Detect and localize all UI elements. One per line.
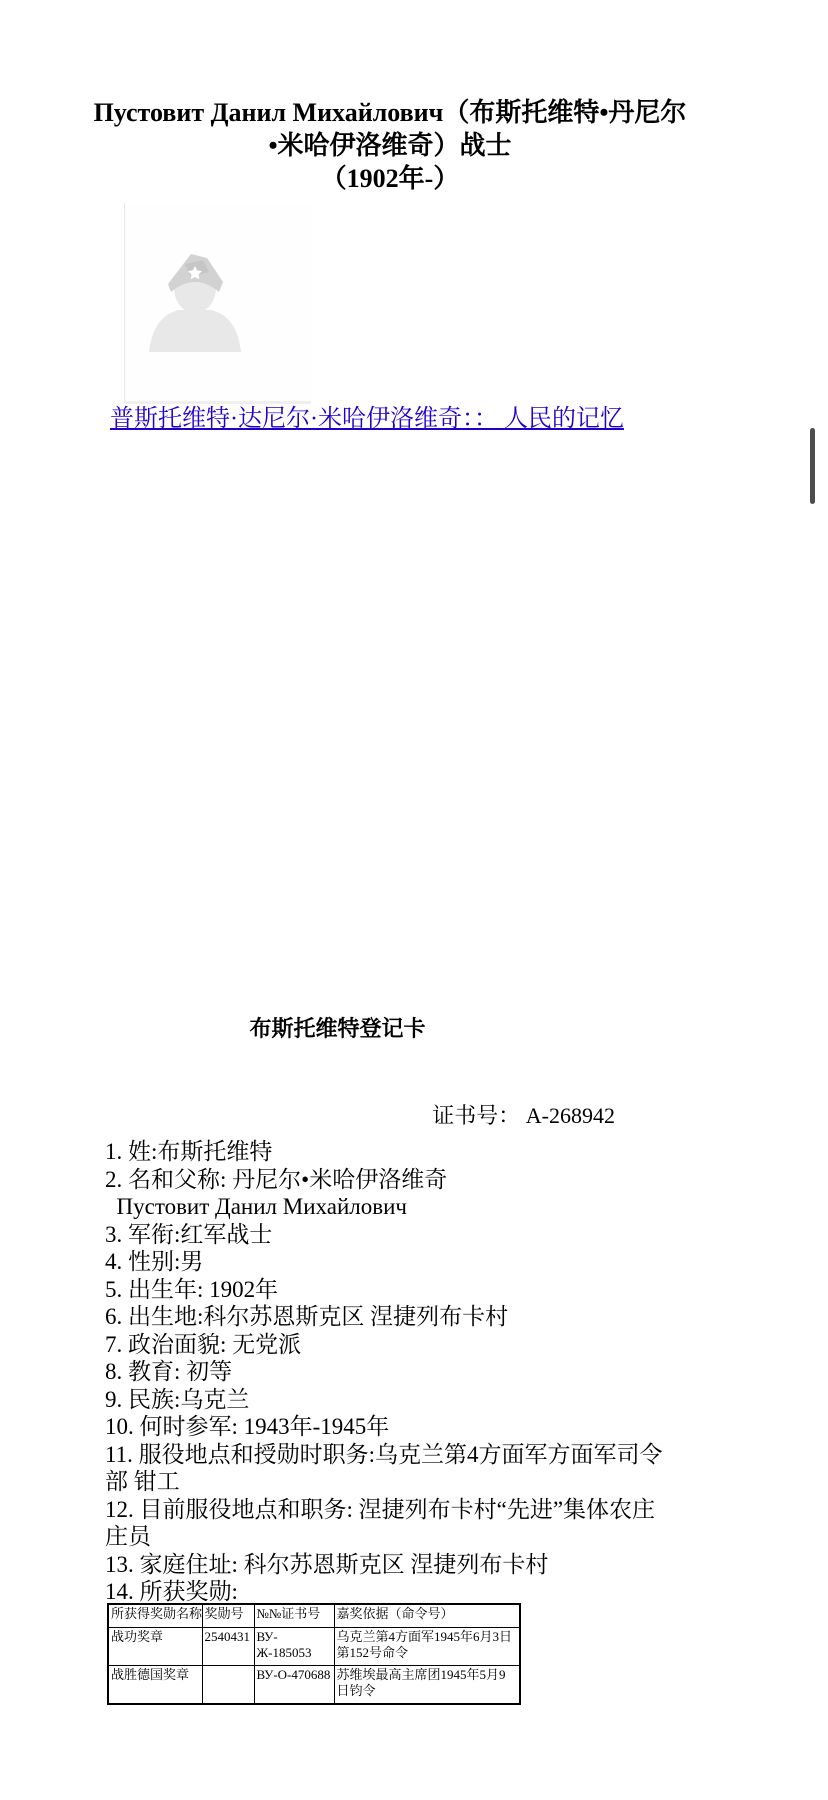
- table-row: 战胜德国奖章ВУ-О-470688苏维埃最高主席团1945年5月9日钧令: [108, 1666, 520, 1705]
- list-line: 10. 何时参军: 1943年-1945年: [105, 1413, 680, 1441]
- list-line: 3. 军衔:红军战士: [105, 1221, 680, 1249]
- table-header-cell: 所获得奖勋名称: [108, 1604, 202, 1628]
- document-title-line: •米哈伊洛维奇）战士: [60, 129, 720, 162]
- list-line: Пустовит Данил Михайлович: [105, 1193, 680, 1221]
- list-line: 11. 服役地点和授勋时职务:乌克兰第4方面军方面军司令: [105, 1441, 680, 1469]
- table-cell: ВУ-О-470688: [254, 1666, 334, 1705]
- table-cell: 乌克兰第4方面军1945年6月3日第152号命令: [334, 1628, 520, 1666]
- table-cell: 2540431: [202, 1628, 254, 1666]
- table-header-row: 所获得奖勋名称奖勋号№№证书号嘉奖依据（命令号）: [108, 1604, 520, 1628]
- list-line: 9. 民族:乌克兰: [105, 1386, 680, 1414]
- table-cell: [202, 1666, 254, 1705]
- photo-placeholder: [124, 203, 311, 404]
- list-line: 部 钳工: [105, 1468, 680, 1496]
- list-line: 5. 出生年: 1902年: [105, 1276, 680, 1304]
- table-header-cell: №№证书号: [254, 1604, 334, 1628]
- table-row: 战功奖章2540431ВУ-Ж-185053乌克兰第4方面军1945年6月3日第…: [108, 1628, 520, 1666]
- table-cell: 战功奖章: [108, 1628, 202, 1666]
- page-root: { "title": { "lines": [ "Пустовит Данил …: [0, 0, 828, 1800]
- table-header-cell: 嘉奖依据（命令号）: [334, 1604, 520, 1628]
- document-title-line: Пустовит Данил Михайлович（布斯托维特•丹尼尔: [60, 96, 720, 129]
- list-line: 13. 家庭住址: 科尔苏恩斯克区 涅捷列布卡村: [105, 1551, 680, 1579]
- table-header-cell: 奖勋号: [202, 1604, 254, 1628]
- document-title-line: （1902年-）: [60, 162, 720, 195]
- registration-list: 1. 姓:布斯托维特2. 名和父称: 丹尼尔•米哈伊洛维奇 Пустовит Д…: [105, 1138, 680, 1606]
- certificate-number: 证书号： A-268942: [95, 1103, 615, 1129]
- list-line: 庄员: [105, 1523, 680, 1551]
- person-silhouette-icon: [145, 252, 245, 352]
- card-heading: 布斯托维特登记卡: [95, 1016, 580, 1042]
- list-line: 1. 姓:布斯托维特: [105, 1138, 680, 1166]
- list-line: 6. 出生地:科尔苏恩斯克区 涅捷列布卡村: [105, 1303, 680, 1331]
- list-line: 2. 名和父称: 丹尼尔•米哈伊洛维奇: [105, 1166, 680, 1194]
- list-line: 7. 政治面貌: 无党派: [105, 1331, 680, 1359]
- table-cell: 战胜德国奖章: [108, 1666, 202, 1705]
- scrollbar-thumb[interactable]: [810, 428, 815, 504]
- awards-table: 所获得奖勋名称奖勋号№№证书号嘉奖依据（命令号）战功奖章2540431ВУ-Ж-…: [107, 1603, 521, 1705]
- list-line: 12. 目前服役地点和职务: 涅捷列布卡村“先进”集体农庄: [105, 1496, 680, 1524]
- list-line: 14. 所获奖勋:: [105, 1578, 680, 1606]
- table-cell: ВУ-Ж-185053: [254, 1628, 334, 1666]
- memory-of-people-link[interactable]: 普斯托维特·达尼尔·米哈伊洛维奇：： 人民的记忆: [110, 404, 624, 434]
- table-cell: 苏维埃最高主席团1945年5月9日钧令: [334, 1666, 520, 1705]
- list-line: 4. 性别:男: [105, 1248, 680, 1276]
- list-line: 8. 教育: 初等: [105, 1358, 680, 1386]
- document-title: Пустовит Данил Михайлович（布斯托维特•丹尼尔 •米哈伊…: [60, 96, 720, 195]
